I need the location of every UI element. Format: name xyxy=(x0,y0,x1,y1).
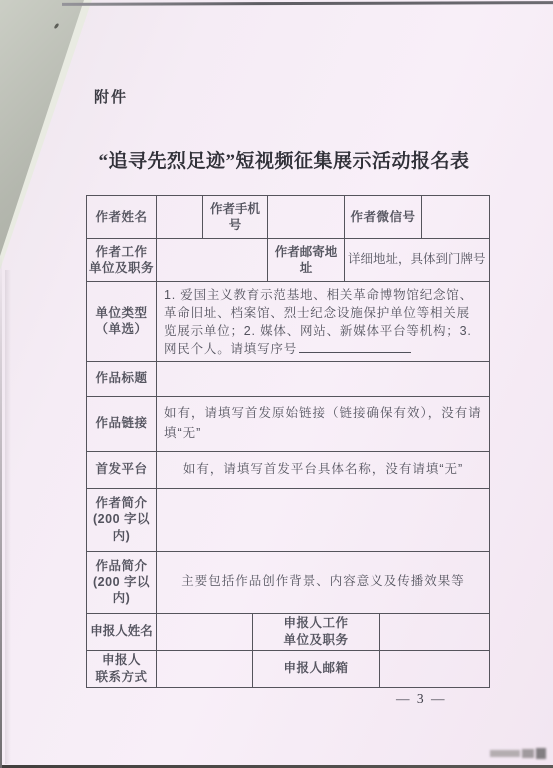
first-platform-label: 首发平台 xyxy=(87,451,157,488)
watermark-blob xyxy=(536,748,546,759)
page-top-edge-line xyxy=(62,1,553,6)
author-wechat-label: 作者微信号 xyxy=(345,196,422,239)
unit-type-options-cell: 1. 爱国主义教育示范基地、相关革命博物馆纪念馆、革命旧址、档案馆、烈士纪念设施… xyxy=(157,282,490,362)
applicant-workunit-label: 申报人工作 单位及职务 xyxy=(253,613,380,650)
work-title-value-cell xyxy=(157,361,490,396)
author-address-hint: 详细地址，具体到门牌号 xyxy=(345,239,490,282)
work-intro-label: 作品简介 (200 字以内) xyxy=(87,551,157,613)
registration-table: 作者姓名 作者手机号 作者微信号 作者工作 单位及职务 作者邮寄地址 详细地址，… xyxy=(86,195,490,688)
author-phone-value-cell xyxy=(268,196,345,239)
page-title: “追寻先烈足迹”短视频征集展示活动报名表 xyxy=(66,146,502,173)
author-workunit-label: 作者工作 单位及职务 xyxy=(87,239,157,282)
work-title-label: 作品标题 xyxy=(87,361,157,396)
applicant-name-value-cell xyxy=(157,613,253,650)
table-row: 作品简介 (200 字以内) 主要包括作品创作背景、内容意义及传播效果等 xyxy=(87,551,490,613)
fill-in-blank-line xyxy=(299,340,411,353)
author-address-label: 作者邮寄地址 xyxy=(268,239,345,282)
table-row: 作者工作 单位及职务 作者邮寄地址 详细地址，具体到门牌号 xyxy=(87,239,490,282)
unit-type-label: 单位类型 （单选） xyxy=(87,282,157,362)
applicant-contact-label: 申报人 联系方式 xyxy=(87,650,157,687)
table-row: 作者简介 (200 字以内) xyxy=(87,488,490,551)
table-row: 首发平台 如有，请填写首发平台具体名称，没有请填“无” xyxy=(87,451,490,488)
watermark xyxy=(490,747,547,760)
author-bio-value-cell xyxy=(157,488,490,551)
page-number: — 3 — xyxy=(396,691,447,707)
attachment-label: 附件 xyxy=(94,86,128,107)
author-phone-label: 作者手机号 xyxy=(203,196,268,239)
author-bio-label: 作者简介 (200 字以内) xyxy=(87,488,157,551)
table-row: 申报人姓名 申报人工作 单位及职务 xyxy=(87,613,490,650)
author-name-label: 作者姓名 xyxy=(87,196,157,239)
author-name-value-cell xyxy=(157,196,203,239)
applicant-email-value-cell xyxy=(380,650,490,687)
applicant-contact-value-cell xyxy=(157,650,253,687)
first-platform-hint: 如有，请填写首发平台具体名称，没有请填“无” xyxy=(157,451,490,488)
watermark-blob xyxy=(490,750,520,757)
applicant-email-label: 申报人邮箱 xyxy=(253,650,380,687)
work-link-label: 作品链接 xyxy=(87,396,157,451)
table-row: 单位类型 （单选） 1. 爱国主义教育示范基地、相关革命博物馆纪念馆、革命旧址、… xyxy=(87,282,490,362)
applicant-name-label: 申报人姓名 xyxy=(87,613,157,650)
watermark-blob xyxy=(522,749,534,758)
paper-crease xyxy=(5,270,11,764)
applicant-workunit-value-cell xyxy=(380,613,490,650)
author-wechat-value-cell xyxy=(422,196,490,239)
work-intro-hint: 主要包括作品创作背景、内容意义及传播效果等 xyxy=(157,551,490,613)
table-row: 申报人 联系方式 申报人邮箱 xyxy=(87,650,490,687)
table-row: 作品链接 如有，请填写首发原始链接（链接确保有效），没有请填“无” xyxy=(87,396,490,451)
work-link-hint: 如有，请填写首发原始链接（链接确保有效），没有请填“无” xyxy=(157,396,490,451)
scan-left-edge xyxy=(0,250,2,768)
table-row: 作品标题 xyxy=(87,361,490,396)
author-workunit-value-cell xyxy=(157,239,268,282)
table-row: 作者姓名 作者手机号 作者微信号 xyxy=(87,196,490,239)
scanned-document-page: 附件 “追寻先烈足迹”短视频征集展示活动报名表 作者姓名 作者手机号 作者微信号… xyxy=(0,0,553,768)
